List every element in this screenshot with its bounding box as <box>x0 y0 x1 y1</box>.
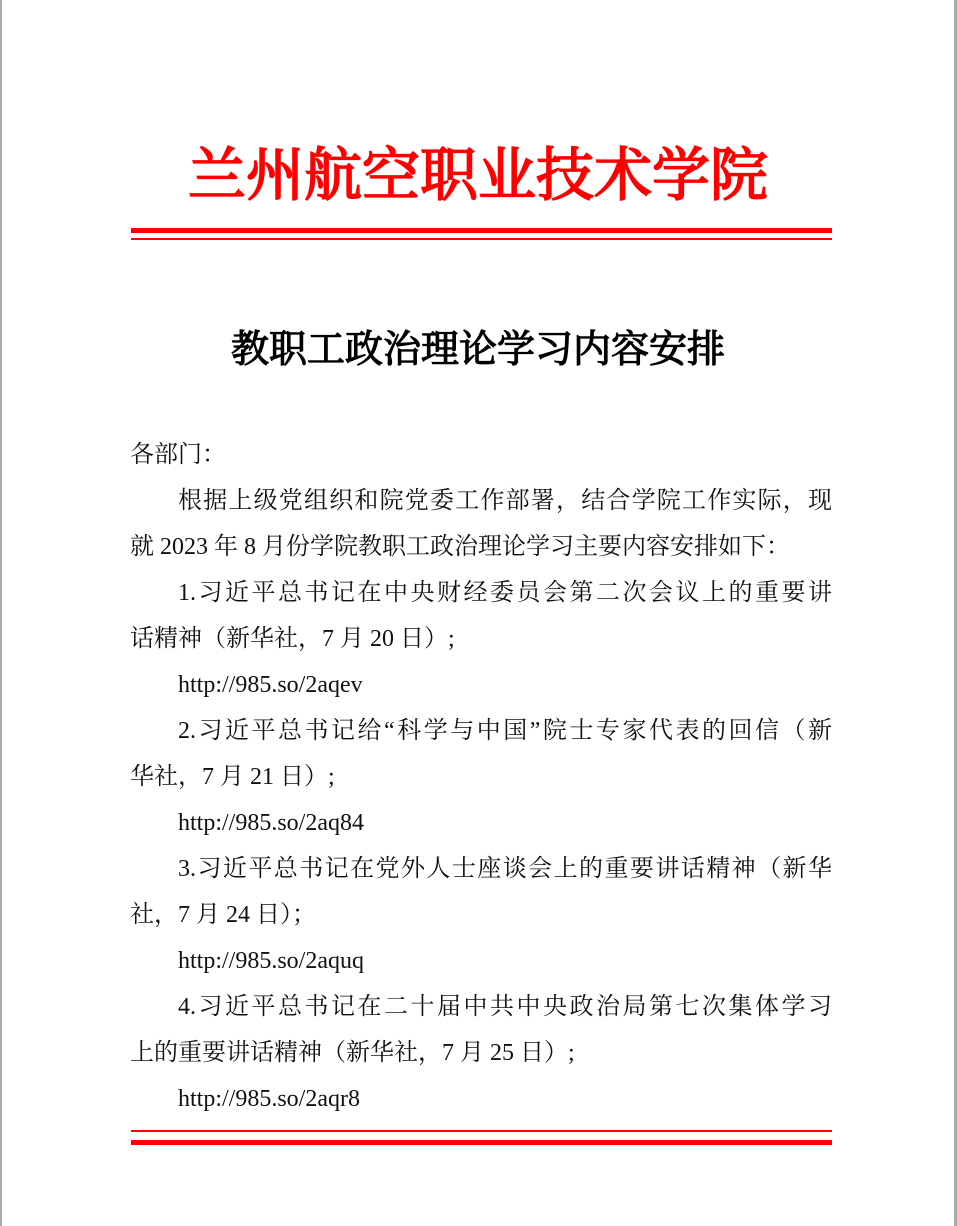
body-line: 3.习近平总书记在党外人士座谈会上的重要讲话精神（新华 <box>130 846 832 892</box>
footer-rule-thick <box>131 1140 832 1145</box>
body-line: 社，7 月 24 日）； <box>130 892 832 938</box>
short-link-url: http://985.so/2aquq <box>130 938 832 984</box>
footer-rule-thin <box>131 1130 832 1132</box>
body-line: 1.习近平总书记在中央财经委员会第二次会议上的重要讲 <box>130 570 832 616</box>
short-link-url: http://985.so/2aq84 <box>130 800 832 846</box>
body-line: 根据上级党组织和院党委工作部署，结合学院工作实际，现 <box>130 478 832 524</box>
short-link-url: http://985.so/2aqev <box>130 662 832 708</box>
letterhead-rule-thick <box>131 228 832 233</box>
body-line: 4.习近平总书记在二十届中共中央政治局第七次集体学习 <box>130 984 832 1030</box>
document-page: 兰州航空职业技术学院 教职工政治理论学习内容安排 各部门： 根据上级党组织和院党… <box>0 0 957 1226</box>
document-body: 各部门： 根据上级党组织和院党委工作部署，结合学院工作实际，现 就 2023 年… <box>130 432 832 1122</box>
document-title: 教职工政治理论学习内容安排 <box>2 327 954 373</box>
body-line: 上的重要讲话精神（新华社，7 月 25 日）; <box>130 1030 832 1076</box>
body-line: 2.习近平总书记给“科学与中国”院士专家代表的回信（新 <box>130 708 832 754</box>
short-link-url: http://985.so/2aqr8 <box>130 1076 832 1122</box>
body-line: 就 2023 年 8 月份学院教职工政治理论学习主要内容安排如下： <box>130 524 832 570</box>
body-line: 华社，7 月 21 日）; <box>130 754 832 800</box>
body-line: 话精神（新华社，7 月 20 日）; <box>130 616 832 662</box>
letterhead-institution-name: 兰州航空职业技术学院 <box>2 140 954 212</box>
salutation: 各部门： <box>130 432 832 478</box>
letterhead-rule-thin <box>131 238 832 240</box>
